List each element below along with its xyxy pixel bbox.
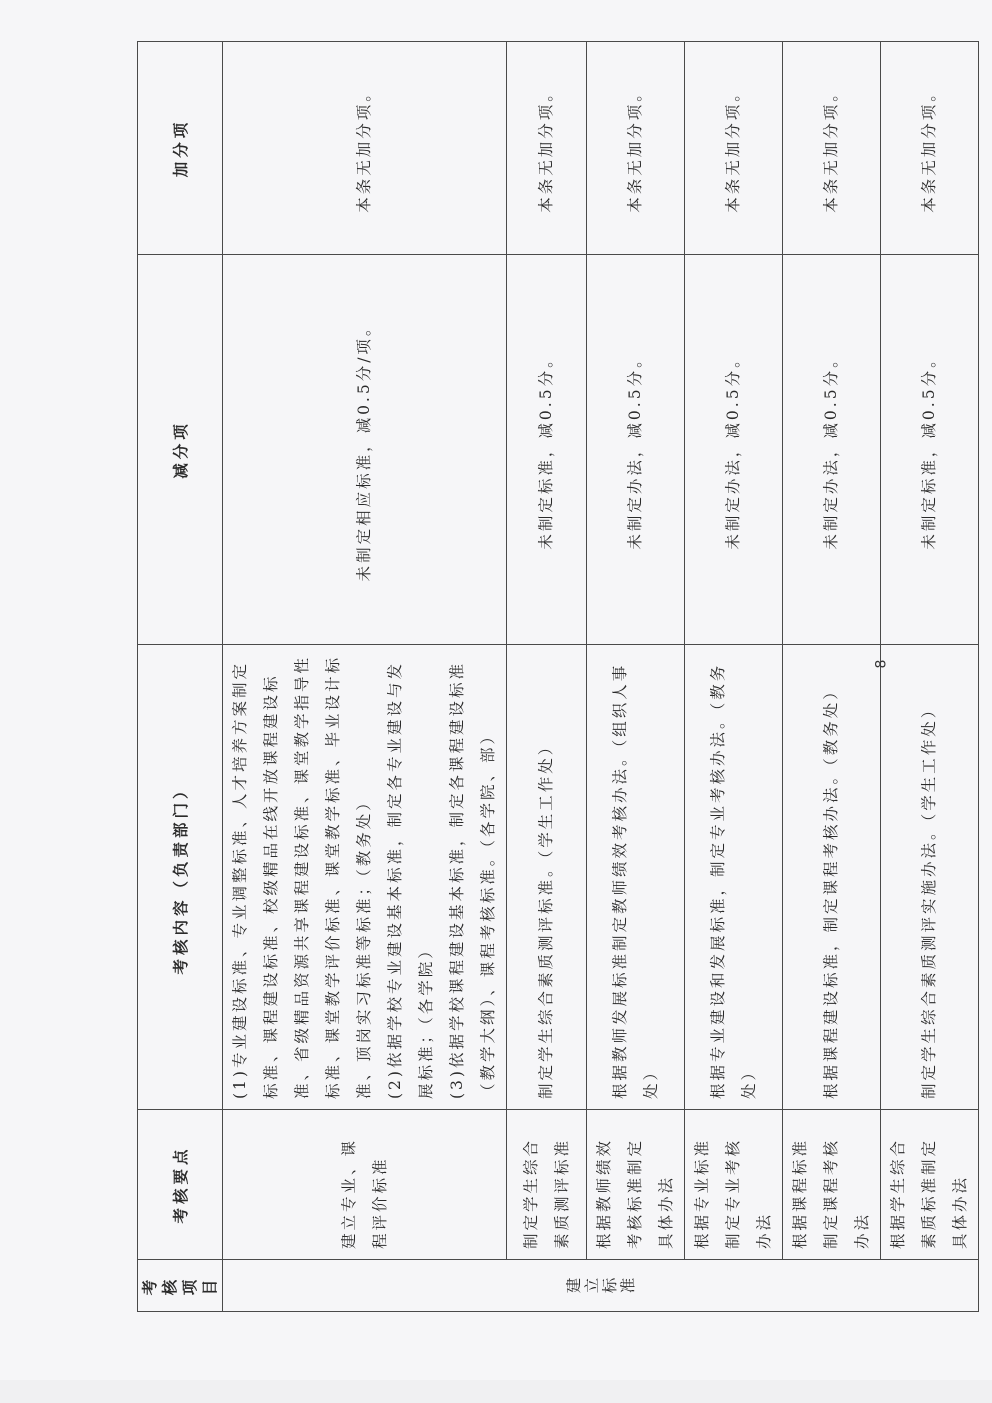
minus-cell: 未制定办法，减0.5分。 (587, 255, 685, 645)
point-cell: 制定学生综合素质测评标准 (507, 1110, 587, 1260)
point-cell: 根据专业标准制定专业考核办法 (685, 1110, 783, 1260)
table-row: 建立标准 建立专业、课程评价标准 (1)专业建设标准、专业调整标准、人才培养方案… (223, 42, 507, 1312)
minus-cell: 未制定标准，减0.5分。 (507, 255, 587, 645)
plus-cell: 本条无加分项。 (507, 42, 587, 255)
plus-cell: 本条无加分项。 (783, 42, 881, 255)
project-group-cell: 建立标准 (223, 1260, 979, 1312)
page-number: 8 (873, 660, 889, 669)
content-paragraph: (2)依据学校专业建设基本标准，制定各专业建设与发展标准；（各学院） (380, 655, 442, 1099)
point-cell: 根据教师绩效考核标准制定具体办法 (587, 1110, 685, 1260)
point-cell: 建立专业、课程评价标准 (223, 1110, 507, 1260)
header-project: 考核项目 (138, 1260, 223, 1312)
content-paragraph: (3)依据学校课程建设基本标准，制定各课程建设标准（教学大纲）、课程考核标准。（… (442, 655, 504, 1099)
content-paragraph: (1)专业建设标准、专业调整标准、人才培养方案制定标准、课程建设标准、校级精品在… (225, 655, 380, 1099)
minus-cell: 未制定标准，减0.5分。 (881, 255, 979, 645)
scan-edge (0, 1380, 992, 1403)
assessment-table: 考核项目 考核要点 考核内容（负责部门） 减分项 加分项 建立标准 建立专业、课… (137, 41, 979, 1312)
content-cell: 制定学生综合素质测评实施办法。（学生工作处） (881, 645, 979, 1110)
table-header-row: 考核项目 考核要点 考核内容（负责部门） 减分项 加分项 (138, 42, 223, 1312)
header-content: 考核内容（负责部门） (138, 645, 223, 1110)
point-cell: 根据学生综合素质标准制定具体办法 (881, 1110, 979, 1260)
project-group-label: 建立标准 (565, 1277, 637, 1295)
header-point: 考核要点 (138, 1110, 223, 1260)
minus-cell: 未制定办法，减0.5分。 (685, 255, 783, 645)
table-row: 根据学生综合素质标准制定具体办法 制定学生综合素质测评实施办法。（学生工作处） … (881, 42, 979, 1312)
minus-cell: 未制定办法，减0.5分。 (783, 255, 881, 645)
rotated-table-wrapper: 考核项目 考核要点 考核内容（负责部门） 减分项 加分项 建立标准 建立专业、课… (137, 42, 852, 1312)
content-cell: 根据教师发展标准制定教师绩效考核办法。（组织人事处） (587, 645, 685, 1110)
point-cell: 根据课程标准制定课程考核办法 (783, 1110, 881, 1260)
content-cell: 制定学生综合素质测评标准。（学生工作处） (507, 645, 587, 1110)
content-cell: 根据课程建设标准，制定课程考核办法。（教务处） (783, 645, 881, 1110)
table-row: 制定学生综合素质测评标准 制定学生综合素质测评标准。（学生工作处） 未制定标准，… (507, 42, 587, 1312)
plus-cell: 本条无加分项。 (881, 42, 979, 255)
plus-cell: 本条无加分项。 (685, 42, 783, 255)
plus-cell: 本条无加分项。 (587, 42, 685, 255)
table-row: 根据专业标准制定专业考核办法 根据专业建设和发展标准，制定专业考核办法。（教务处… (685, 42, 783, 1312)
content-cell: 根据专业建设和发展标准，制定专业考核办法。（教务处） (685, 645, 783, 1110)
header-minus: 减分项 (138, 255, 223, 645)
plus-cell: 本条无加分项。 (223, 42, 507, 255)
table-row: 根据课程标准制定课程考核办法 根据课程建设标准，制定课程考核办法。（教务处） 未… (783, 42, 881, 1312)
content-cell: (1)专业建设标准、专业调整标准、人才培养方案制定标准、课程建设标准、校级精品在… (223, 645, 507, 1110)
minus-cell: 未制定相应标准，减0.5分/项。 (223, 255, 507, 645)
table-row: 根据教师绩效考核标准制定具体办法 根据教师发展标准制定教师绩效考核办法。（组织人… (587, 42, 685, 1312)
header-plus: 加分项 (138, 42, 223, 255)
